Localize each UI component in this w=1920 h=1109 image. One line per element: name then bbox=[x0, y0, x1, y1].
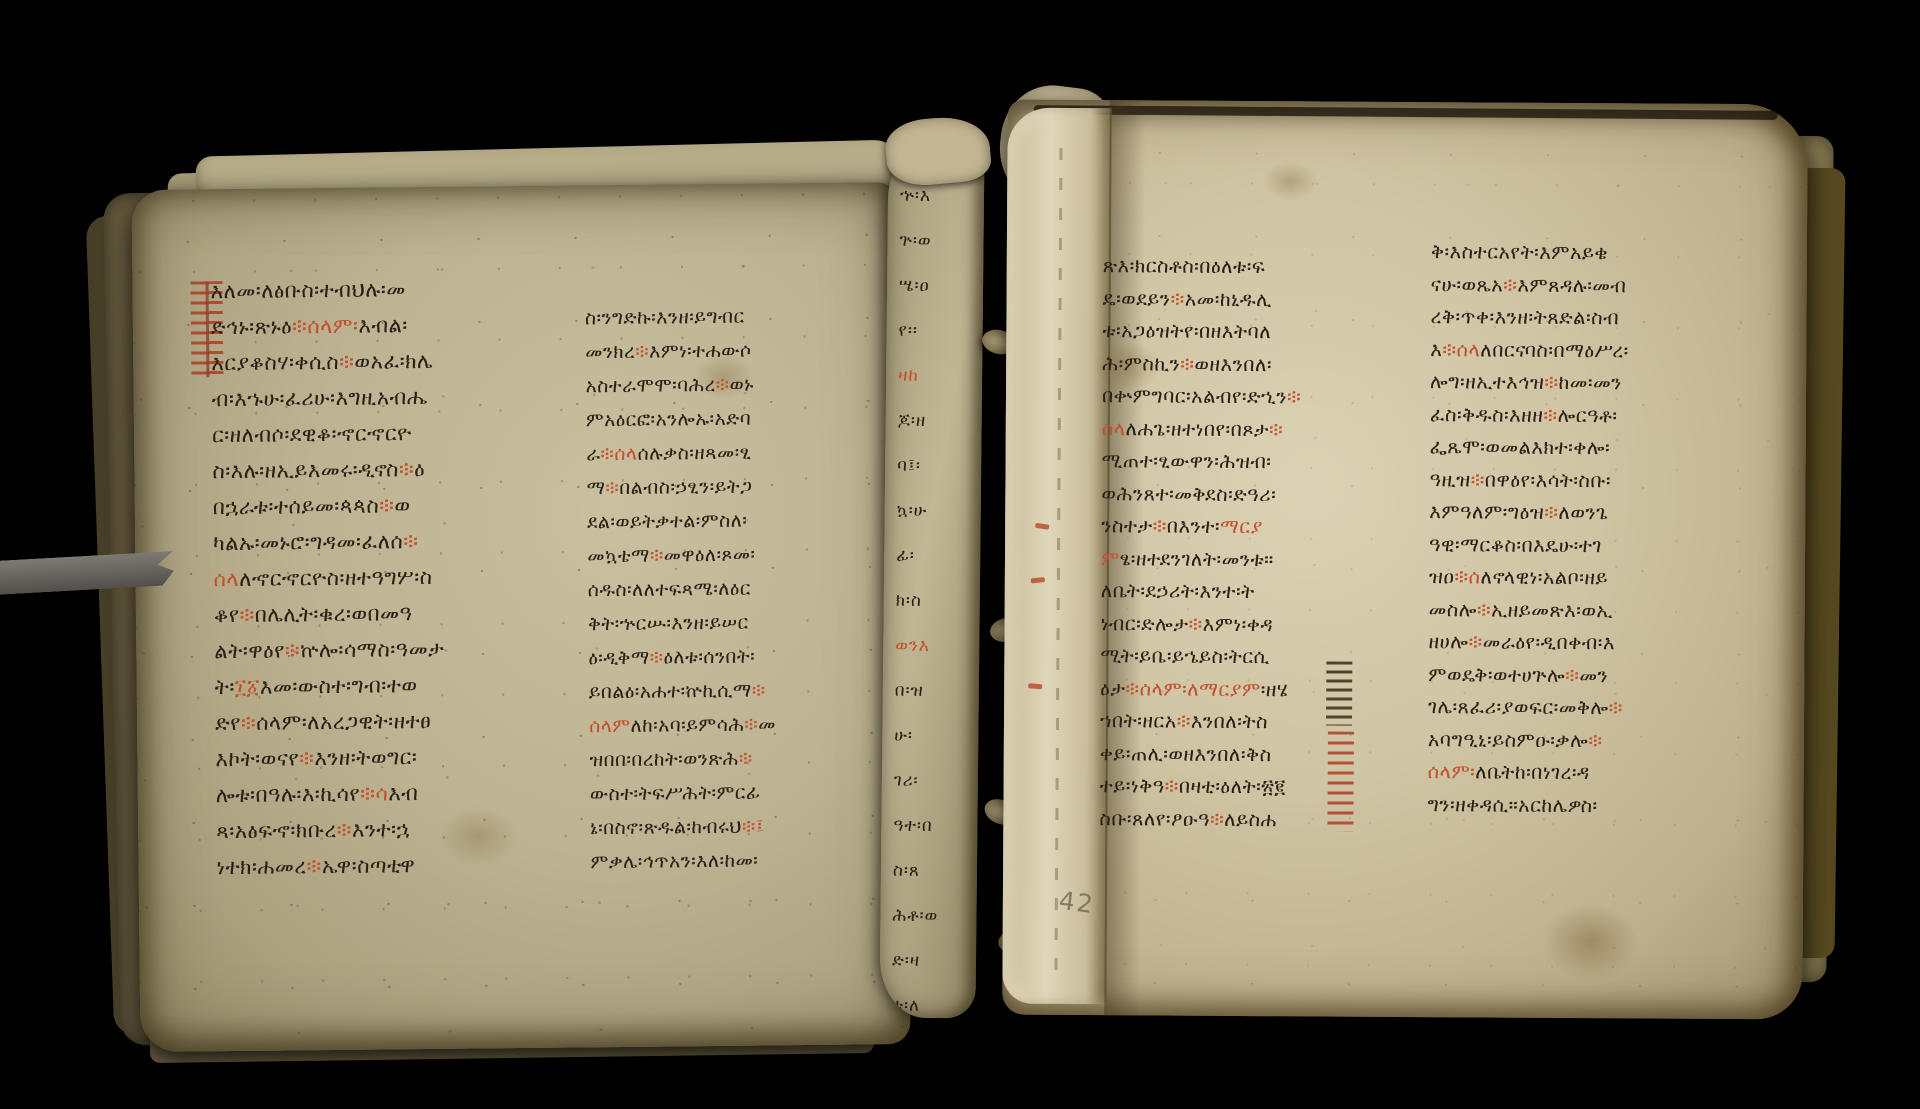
ink-text-segment: ጕ፡ወ bbox=[899, 231, 931, 251]
ink-text-segment: ዓዚዝ bbox=[1429, 468, 1470, 491]
ink-text-segment: ናሁ፡ወጼአ bbox=[1431, 273, 1504, 296]
right-page: ጽእ፡ክርስቶስ፡በዕለቱ፡ፍዴ፡ወደይን፨አመ፡ከኒዱሊቱ፡አጋዕዝትየ፡በዘ… bbox=[1002, 100, 1808, 1020]
ink-text-segment: ባ፤፡ bbox=[897, 456, 921, 476]
ink-text-segment: ይበልዕ፡አሐተ፡ኵኪሲማ bbox=[589, 680, 752, 704]
ink-text-segment: ፈስ፡ቅዱስ፡እዘዘ bbox=[1430, 403, 1544, 427]
text-line: ንስተታ፨በእንተ፡ማርያ bbox=[1101, 510, 1413, 544]
text-line: ሰላለሐጌ፡ዘተነበየ፡በጾታ፨ bbox=[1102, 413, 1414, 447]
ink-text-segment: ውስተ፡ትፍሥሕት፡ምርፊ bbox=[590, 782, 761, 806]
text-line: ት፡፲፩እመ፡ውስተ፡ግብ፡ተወ bbox=[215, 665, 589, 705]
ink-text-segment: በ፡ዝ bbox=[895, 681, 924, 701]
ink-text-segment: ዕታ bbox=[1100, 677, 1125, 700]
ink-text-segment: ሕቶ፡ወ bbox=[892, 906, 938, 926]
ink-text-segment: እንተ፡ኋ bbox=[352, 817, 410, 842]
text-line: ዛከ bbox=[898, 354, 978, 400]
ink-text-segment: በልብስ፡ኃፂን፡ይትጋ bbox=[619, 476, 752, 499]
ink-text-segment: ድኅኑ፡ጽኑዕ bbox=[211, 314, 292, 339]
ink-text-segment: እንበለ፡ትስ bbox=[1191, 710, 1268, 733]
ink-text-segment: ዘሀሎ bbox=[1428, 630, 1468, 653]
text-line: በቍምግባር፡አልብየ፡ድኂን፨ bbox=[1102, 380, 1414, 414]
ink-text-segment: ኤዋ፡ስጣቲዋ bbox=[322, 853, 416, 878]
text-line: ዓዊ፡ማርቆስ፡በእዴሁ፡ተገ bbox=[1429, 529, 1751, 563]
rubric-text-segment: ፨ bbox=[399, 457, 415, 481]
text-line: ሕ፡ምስኪን፨ወዘእንበለ፡ bbox=[1102, 348, 1414, 382]
text-line: ሰላም፡ለቤትከ፡በነገረ፡ዳ bbox=[1428, 756, 1750, 790]
text-line: ሎግ፡ዘኢተእኅዝ፨ከመ፡መን bbox=[1430, 366, 1752, 400]
rubric-text-segment: ፨ bbox=[752, 679, 766, 701]
text-line: ምቃሌ፡ኅጥአን፡እለ፡ከመ፡ bbox=[590, 842, 872, 879]
text-line: አስተራሞሞ፡ባሕረ፨ወኑ bbox=[585, 366, 867, 403]
rubric-text-segment: ፨ bbox=[285, 638, 301, 662]
ink-text-segment: ወአፈ፡ክሌ bbox=[354, 349, 433, 374]
ink-text-segment: ጻ፡አፅፍኆ፡ክቡረ bbox=[216, 818, 337, 843]
rubric-text-segment: ፨ bbox=[739, 748, 753, 770]
text-line: መኳቴማ፨መዋዕለ፡ጾመ፡ bbox=[587, 536, 869, 573]
ink-text-segment: አባግዒኒ፡ይስምዑ፡ቃሎ bbox=[1428, 728, 1589, 752]
ink-text-segment: ተይ፡ነቅዓ bbox=[1100, 774, 1165, 797]
binding-stitch-line bbox=[1054, 148, 1062, 978]
rubric-text-segment: ፨፤ bbox=[742, 815, 764, 837]
manuscript-photo-stage: እለመ፡ለፅቡስ፡ተብህሉ፡መድኅኑ፡ጽኑዕ፨ሰላም፡እብል፡እርያቆስሃ፡ቀሲ… bbox=[0, 0, 1920, 1109]
text-line: አባግዒኒ፡ይስምዑ፡ቃሎ፨ bbox=[1428, 724, 1750, 758]
ink-text-segment: በዋዕየ፡እሳት፡ስቡ፡ bbox=[1485, 468, 1611, 492]
text-line: ደል፡ወይትቃተል፡ምስለ፡ bbox=[587, 502, 869, 539]
rubric-text-segment: ፨ bbox=[1177, 710, 1191, 733]
text-line: ር፡ዘለብሶ፡ደዊቆ፡ኆርኆርዮ bbox=[212, 413, 586, 453]
rubric-text-segment: ፨ሰ bbox=[1454, 565, 1480, 588]
rubric-text-segment: ፨ bbox=[1468, 630, 1482, 653]
ink-text-segment: ቅ፡እስተርአየት፡እምአይቄ bbox=[1431, 240, 1608, 264]
text-line: ድ፡ዛ bbox=[892, 939, 972, 985]
text-line: ሤ፡ዐ bbox=[899, 264, 979, 310]
ink-text-segment: ዝዐ bbox=[1429, 565, 1455, 588]
rubric-text-segment: ሰላም bbox=[589, 715, 631, 737]
text-line: በ፡ዝ bbox=[895, 669, 975, 715]
ink-text-segment: ከመ፡መን bbox=[1559, 371, 1622, 394]
text-line: ድየ፨ሰላም፡ለአረጋዊት፡ዘተፀ bbox=[215, 701, 589, 741]
ink-text-segment: ሤ፡ዐ bbox=[899, 276, 930, 296]
ink-text-segment: ስቡ፡ጸለየ፡ፆዑዓ bbox=[1099, 807, 1210, 831]
text-line: ገሪ፡ bbox=[894, 759, 974, 805]
rubric-text-segment: ፨ bbox=[1565, 663, 1579, 686]
ink-text-segment: ቱ፡ለ bbox=[891, 996, 920, 1016]
text-line: ወሕንጸተ፡መቅደስ፡ድዓሪ፡ bbox=[1101, 478, 1413, 512]
ink-text-segment: ኀበት፡ዘርአ bbox=[1100, 709, 1177, 732]
ink-text-segment: ዕ bbox=[414, 457, 425, 481]
text-line: እለመ፡ለፅቡስ፡ተብህሉ፡መ bbox=[210, 269, 584, 309]
parchment-stain bbox=[1262, 161, 1318, 201]
rubric-text-segment: ፨ bbox=[339, 350, 355, 374]
right-page-column-2: ቅ፡እስተርአየት፡እምአይቄናሁ፡ወጼአ፨እምጸዳሉ፡መብረቅ፡ጥቀ፡እንዘ፡… bbox=[1427, 236, 1753, 823]
ink-text-segment: ረቅ፡ጥቀ፡እንዘ፡ትጸድል፡ስብ bbox=[1430, 305, 1619, 329]
text-line: ልት፡ዋዕየ፨ኵሎ፡ሳማስ፡ዓመታ bbox=[214, 629, 588, 669]
rubric-text-segment: ፨ bbox=[1165, 775, 1179, 798]
rubric-text-segment: ወንእ bbox=[895, 636, 930, 656]
text-line: መንክረ፨እምነ፡ተሐውሶ bbox=[585, 332, 867, 369]
ink-text-segment: ሰላም፡ለአረጋዊት፡ዘተፀ bbox=[256, 709, 431, 735]
ink-text-segment: ለቤት፡ደኃሪት፡እንተ፡ት bbox=[1101, 579, 1255, 603]
ink-text-segment: እብል፡ bbox=[358, 313, 408, 338]
rubric-text-segment: ፨ bbox=[1180, 352, 1194, 375]
rubric-text-segment: ፨ bbox=[1477, 598, 1491, 621]
torn-parchment-flap bbox=[883, 114, 992, 189]
text-line: ናሁ፡ወጼአ፨እምጸዳሉ፡መብ bbox=[1431, 269, 1753, 303]
ink-text-segment: ፌጼሞ፡ወመልእክተ፡ቀሎ፡ bbox=[1430, 435, 1611, 459]
text-line: ገሌ፡ጸፈሪ፡ያወፍር፡መቅሎ፨ bbox=[1428, 691, 1750, 725]
ink-text-segment: ዴ፡ወደይን bbox=[1103, 287, 1171, 310]
ink-text-segment: ወሕንጸተ፡መቅደስ፡ድዓሪ፡ bbox=[1101, 482, 1276, 506]
text-line: ለቤት፡ደኃሪት፡እንተ፡ት bbox=[1101, 575, 1413, 609]
rubric-text-segment: ፨ bbox=[1287, 385, 1301, 408]
rubric-text-segment: ፨ bbox=[403, 529, 419, 553]
rubric-text-segment: ዛከ bbox=[898, 366, 919, 386]
ink-text-segment: እምዓለም፡ግዕዝ bbox=[1429, 500, 1544, 524]
ink-text-segment: ልት፡ዋዕየ bbox=[214, 638, 285, 663]
ink-text-segment: ካልኡ፡መኑሮ፡ግዳመ፡ፈለሰ bbox=[213, 529, 403, 555]
rubric-text-segment: ፨ሰላ bbox=[1442, 338, 1480, 361]
text-line: እርያቆስሃ፡ቀሲስ፨ወአፈ፡ክሌ bbox=[211, 341, 585, 381]
ink-text-segment: ራ bbox=[586, 443, 600, 465]
rubric-text-segment: ፨ bbox=[379, 493, 395, 517]
ink-text-segment: ምወዴቅ፡ወተሀጕሎ bbox=[1428, 663, 1565, 687]
rubric-text-segment: ማርያ bbox=[1220, 515, 1263, 538]
ink-text-segment: ጽእ፡ክርስቶስ፡በዕለቱ፡ፍ bbox=[1103, 254, 1266, 278]
ink-text-segment: ቅት፡ኍርሡ፡እንዘ፡ይሠር bbox=[588, 612, 749, 636]
text-line: ፊ፡ bbox=[896, 534, 976, 580]
ink-text-segment: ሎቱ፡በዓሉ፡እ፡ኪሳየ bbox=[216, 782, 361, 808]
ink-text-segment: ነተክ፡ሐመረ bbox=[216, 854, 306, 879]
text-line: ምወዴቅ፡ወተሀጕሎ፨መን bbox=[1428, 659, 1750, 693]
ink-text-segment: ስ፡ጸ bbox=[893, 861, 920, 881]
ink-text-segment: እለመ፡ለፅቡስ፡ተብህሉ፡መ bbox=[210, 277, 405, 303]
text-line: ቱ፡አጋዕዝትየ፡በዘእትባለ bbox=[1102, 315, 1414, 349]
text-line: ድኅኑ፡ጽኑዕ፨ሰላም፡እብል፡ bbox=[211, 305, 585, 345]
text-line: ምፄ፡ዘተደንገለት፡መንቱ። bbox=[1101, 543, 1413, 577]
rubric-text-segment: ም bbox=[1101, 547, 1120, 570]
text-line: ዓዚዝ፨በዋዕየ፡እሳት፡ስቡ፡ bbox=[1429, 464, 1751, 498]
ink-text-segment: ወዘእንበለ፡ bbox=[1194, 352, 1272, 375]
rubric-text-segment: ፨ bbox=[1171, 287, 1185, 310]
rubric-text-segment: ፨ bbox=[605, 477, 619, 499]
text-line: ባ፤፡ bbox=[897, 444, 977, 490]
text-line: ረቅ፡ጥቀ፡እንዘ፡ትጸድል፡ስብ bbox=[1430, 301, 1752, 335]
rubric-text-segment: ፨ bbox=[1471, 468, 1485, 491]
ink-text-segment: በኋራቱ፡ተሰይመ፡ጳጳስ bbox=[213, 493, 380, 519]
text-line: ዝዐ፨ሰለኖላዊነ፡አልቦ፡ዘይ bbox=[1429, 561, 1751, 595]
text-line: ስ፡ጸ bbox=[893, 849, 973, 895]
ink-text-segment: በዛቲ፡ዕለት፡፳፪ bbox=[1179, 775, 1286, 799]
text-line: የ፡፡ bbox=[898, 309, 978, 355]
text-line: ሁ፡ bbox=[894, 714, 974, 760]
text-line: ሚት፡ይቤ፡ይኄይስ፡ትርሲ bbox=[1100, 640, 1412, 674]
text-line: ዴ፡ወደይን፨አመ፡ከኒዱሊ bbox=[1102, 283, 1414, 317]
ink-text-segment: መንክረ bbox=[585, 341, 635, 364]
ink-text-segment: በእንተ፡ bbox=[1167, 515, 1220, 538]
ink-text-segment: በቍምግባር፡አልብየ፡ድኂን bbox=[1102, 384, 1287, 408]
text-line: ስ፡እሉ፡ዘኢይእመሩ፡ዲኖስ፨ዕ bbox=[212, 449, 586, 489]
ink-text-segment: ለይስሐ bbox=[1224, 807, 1277, 830]
text-line: ሎቱ፡በዓሉ፡እ፡ኪሳየ፨ሳእብ bbox=[216, 773, 590, 813]
text-line: ሕቶ፡ወ bbox=[892, 894, 972, 940]
text-line: ፌጼሞ፡ወመልእክተ፡ቀሎ፡ bbox=[1430, 431, 1752, 465]
text-line: ነብር፡ድሎታ፨እምነ፡ቀዳ bbox=[1101, 608, 1413, 642]
rubric-text-segment: ፨ bbox=[239, 603, 255, 627]
ink-text-segment: ፄ፡ዘተደንገለት፡መንቱ። bbox=[1120, 547, 1274, 571]
right-page-column-1: ጽእ፡ክርስቶስ፡በዕለቱ፡ፍዴ፡ወደይን፨አመ፡ከኒዱሊቱ፡አጋዕዝትየ፡በዘ… bbox=[1099, 250, 1415, 837]
ink-text-segment: ለከ፡አባ፡ይምሳሕ bbox=[630, 714, 744, 737]
ink-text-segment: መራዕየ፡ዲበቀብ፡እ bbox=[1483, 630, 1615, 654]
rubric-text-segment: ሰላም፡ bbox=[1428, 760, 1476, 783]
ink-text-segment: የ፡፡ bbox=[898, 321, 918, 341]
text-line: በኋራቱ፡ተሰይመ፡ጳጳስ፨ወ bbox=[213, 485, 587, 525]
ink-text-segment: ዓዊ፡ማርቆስ፡በእዴሁ፡ተገ bbox=[1429, 533, 1602, 557]
text-line: ሚጠተ፡ፂውዋን፡ሕዝብ፡ bbox=[1101, 445, 1413, 479]
rubric-text-segment: ፨ሰላም፡ለማርያም bbox=[1125, 677, 1260, 701]
text-line: ዕ፡ዲቅማ፨ዕለቱ፡ሰንበት፡ bbox=[588, 638, 870, 675]
ink-text-segment: ምቃሌ፡ኅጥአን፡እለ፡ከመ፡ bbox=[590, 850, 758, 874]
ink-text-segment: ቆየ bbox=[214, 603, 240, 627]
ink-text-segment: ሎግ፡ዘኢተእኅዝ bbox=[1430, 370, 1544, 394]
ink-text-segment: ሎርዓቶ፡ bbox=[1558, 403, 1618, 426]
text-line: ውስተ፡ትፍሥሕት፡ምርፊ bbox=[590, 774, 872, 811]
ink-text-segment: እመ፡ውስተ፡ግብ፡ተወ bbox=[260, 673, 418, 699]
ink-text-segment: እ bbox=[1430, 338, 1442, 361]
ink-text-segment: ንስተታ bbox=[1101, 514, 1153, 537]
ink-text-segment: በሌሊት፡ቁረ፡ወበመዓ bbox=[255, 601, 413, 627]
text-line: እኮት፡ወናየ፨እንዘ፡ትወግር፡ bbox=[215, 737, 589, 777]
text-line: ሰላምለከ፡አባ፡ይምሳሕ፨መ bbox=[589, 706, 871, 743]
ink-text-segment: ወ bbox=[394, 493, 410, 517]
text-line: መስሎ፨ኢዘይመጽእ፡ወኢ bbox=[1429, 594, 1751, 628]
cut-leaf-stub: ኍ፡እጕ፡ወሤ፡ዐየ፡፡ዛከጆ፡ዘባ፤፡ኳ፡ሁፊ፡ክ፡ስወንእበ፡ዝሁ፡ገሪ፡ዓ… bbox=[879, 140, 984, 1019]
rubric-text-segment: ፨ bbox=[241, 711, 257, 735]
red-margin-mark-icon bbox=[1028, 683, 1042, 689]
text-line: ብ፡እኁሁ፡ፈሪሁ፡እግዚአብሔ bbox=[212, 377, 586, 417]
ink-text-segment: ሁ፡ bbox=[894, 726, 913, 746]
rubric-text-segment: ፨ bbox=[306, 854, 322, 878]
ink-text-segment: ለወንጌ bbox=[1558, 501, 1608, 524]
ink-text-segment: እምነ፡ቀዳ bbox=[1203, 612, 1274, 635]
rubric-text-segment: ፨ bbox=[650, 545, 664, 567]
ink-text-segment: ኵሎ፡ሳማስ፡ዓመታ bbox=[300, 637, 444, 663]
rubric-text-segment: ፨ bbox=[1544, 371, 1558, 394]
ink-text-segment: ገሪ፡ bbox=[894, 771, 919, 791]
rubric-text-segment: ፨ bbox=[1269, 418, 1283, 441]
gutter-curled-edge bbox=[1002, 108, 1111, 1005]
left-page-column-2: ስ፡ንግድኩ፡እንዘ፡ይግብርመንክረ፨እምነ፡ተሐውሶአስተራሞሞ፡ባሕረ፨ወ… bbox=[585, 298, 873, 879]
ink-text-segment: መኳቴማ bbox=[587, 545, 650, 568]
parchment-stain bbox=[1542, 903, 1638, 982]
ink-text-segment: ማ bbox=[587, 477, 606, 499]
text-line: ተይ፡ነቅዓ፨በዛቲ፡ዕለት፡፳፪ bbox=[1100, 770, 1412, 804]
text-line: ዕታ፨ሰላም፡ለማርያም፡ዘሄ bbox=[1100, 673, 1412, 707]
text-line: ቅት፡ኍርሡ፡እንዘ፡ይሠር bbox=[588, 604, 870, 641]
rubric-text-segment: ፨ bbox=[744, 714, 758, 736]
ink-text-segment: ደል፡ወይትቃተል፡ምስለ፡ bbox=[587, 510, 748, 534]
ink-text-segment: ለኖላዊነ፡አልቦ፡ዘይ bbox=[1480, 565, 1608, 589]
text-line: ይበልዕ፡አሐተ፡ኵኪሲማ፨ bbox=[589, 672, 871, 709]
ink-text-segment: ር፡ዘለብሶ፡ደዊቆ፡ኆርኆርዮ bbox=[212, 421, 412, 447]
rubric-text-segment: ፨ bbox=[1609, 696, 1623, 719]
ink-text-segment: መን bbox=[1579, 664, 1608, 687]
stub-text-fragments: ኍ፡እጕ፡ወሤ፡ዐየ፡፡ዛከጆ፡ዘባ፤፡ኳ፡ሁፊ፡ክ፡ስወንእበ፡ዝሁ፡ገሪ፡ዓ… bbox=[891, 174, 980, 1019]
text-line: ኳ፡ሁ bbox=[896, 489, 976, 535]
text-line: ግን፡ዘቀዳሲ።አርከሌዎስ፡ bbox=[1427, 789, 1749, 823]
ink-text-segment: ስ፡ንግድኩ፡እንዘ፡ይግብር bbox=[585, 306, 745, 330]
ink-text-segment: እርያቆስሃ፡ቀሲስ bbox=[211, 350, 339, 375]
ink-text-segment: ኔ፡በስኖ፡ጽዱል፡ከብሩህ bbox=[590, 816, 742, 840]
ink-text-segment: እብ bbox=[388, 781, 418, 805]
rubric-text-segment: ፨ bbox=[1153, 514, 1167, 537]
ink-text-segment: አስተራሞሞ፡ባሕረ bbox=[585, 374, 715, 397]
text-line: ቅ፡እስተርአየት፡እምአይቄ bbox=[1431, 236, 1753, 270]
ink-text-segment: ቀይ፡ጠሊ፡ወዘእንበለ፡ቅስ bbox=[1100, 742, 1272, 766]
text-line: ጆ፡ዘ bbox=[897, 399, 977, 445]
text-line: ኀበት፡ዘርአ፨እንበለ፡ትስ bbox=[1100, 705, 1412, 739]
ink-text-segment: እንዘ፡ትወግር፡ bbox=[314, 745, 417, 770]
ink-text-segment: ቱ፡አጋዕዝትየ፡በዘእትባለ bbox=[1102, 319, 1271, 343]
text-line: ቀይ፡ጠሊ፡ወዘእንበለ፡ቅስ bbox=[1100, 738, 1412, 772]
text-line: ዓተ፡በ bbox=[893, 804, 973, 850]
ink-text-segment: ት፡ bbox=[215, 675, 235, 699]
rubric-text-segment: ፨ bbox=[1544, 501, 1558, 524]
text-line: ማ፨በልብስ፡ኃፂን፡ይትጋ bbox=[586, 468, 868, 505]
rubric-text-segment: ፨ bbox=[1210, 807, 1224, 830]
ink-text-segment: ለበርናባስ፡በማዕሥረ፡ bbox=[1480, 338, 1629, 362]
ink-text-segment: ዓተ፡በ bbox=[893, 816, 932, 836]
rubric-text-segment: ፨ bbox=[635, 341, 649, 363]
text-line: ዘሀሎ፨መራዕየ፡ዲበቀብ፡እ bbox=[1428, 626, 1750, 660]
ladder-spine bbox=[205, 281, 209, 377]
ink-text-segment: ወኑ bbox=[729, 374, 754, 396]
ink-text-segment: ጆ፡ዘ bbox=[898, 411, 927, 431]
ink-text-segment: ዝበበ፡በረከት፡ወንጽሕ bbox=[589, 748, 739, 772]
rubric-text-segment: ሰላ bbox=[1102, 417, 1126, 440]
text-line: ነተክ፡ሐመረ፨ኤዋ፡ስጣቲዋ bbox=[216, 845, 590, 885]
ink-text-segment: እኮት፡ወናየ bbox=[215, 746, 299, 771]
ink-text-segment: ለቤትከ፡በነገረ፡ዳ bbox=[1475, 760, 1590, 784]
text-line: ጻ፡አፅፍኆ፡ክቡረ፨እንተ፡ኋ bbox=[216, 809, 590, 849]
text-line: እ፨ሰላለበርናባስ፡በማዕሥረ፡ bbox=[1430, 334, 1752, 368]
rubric-text-segment: ፨ bbox=[716, 374, 730, 396]
text-line: ጽእ፡ክርስቶስ፡በዕለቱ፡ፍ bbox=[1103, 250, 1415, 284]
ink-text-segment: ገሌ፡ጸፈሪ፡ያወፍር፡መቅሎ bbox=[1428, 695, 1609, 719]
rubric-text-segment: ሰላ bbox=[213, 567, 239, 591]
text-line: ቆየ፨በሌሊት፡ቁረ፡ወበመዓ bbox=[214, 593, 588, 633]
ink-text-segment: ሰሉቃስ፡ዘጻመ፡ፂ bbox=[637, 442, 751, 465]
ink-text-segment: ስ፡እሉ፡ዘኢይእመሩ፡ዲኖስ bbox=[212, 457, 399, 483]
ink-text-segment: ዕ፡ዲቅማ bbox=[588, 647, 649, 670]
rubric-text-segment: ፨ሳ bbox=[360, 781, 388, 805]
ink-text-segment: ለኆርኆርዮስ፡ዘተዓግሦ፡ስ bbox=[239, 565, 433, 591]
text-line: ዝበበ፡በረከት፡ወንጽሕ፨ bbox=[589, 740, 871, 777]
ink-text-segment: ክ፡ስ bbox=[896, 591, 922, 611]
text-line: ራ፨ሰላሰሉቃስ፡ዘጻመ፡ፂ bbox=[586, 434, 868, 471]
rubric-text-segment: ፨ bbox=[1188, 612, 1202, 635]
ink-text-segment: ብ፡እኁሁ፡ፈሪሁ፡እግዚአብሔ bbox=[212, 385, 428, 411]
text-line: እምዓለም፡ግዕዝ፨ለወንጌ bbox=[1429, 496, 1751, 530]
ink-text-segment: አመ፡ከኒዱሊ bbox=[1185, 287, 1272, 311]
rubric-text-segment: ፲፩ bbox=[235, 675, 260, 699]
ink-text-segment: ድ፡ዛ bbox=[892, 951, 920, 971]
rubric-text-segment: ፨ bbox=[337, 818, 353, 842]
text-line: ወንእ bbox=[895, 624, 975, 670]
left-page: እለመ፡ለፅቡስ፡ተብህሉ፡መድኅኑ፡ጽኑዕ፨ሰላም፡እብል፡እርያቆስሃ፡ቀሲ… bbox=[132, 182, 911, 1052]
ink-text-segment: ሚት፡ይቤ፡ይኄይስ፡ትርሲ bbox=[1100, 644, 1269, 668]
ink-text-segment: ዕለቱ፡ሰንበት፡ bbox=[663, 646, 755, 669]
left-page-column-1: እለመ፡ለፅቡስ፡ተብህሉ፡መድኅኑ፡ጽኑዕ፨ሰላም፡እብል፡እርያቆስሃ፡ቀሲ… bbox=[210, 269, 590, 885]
rubric-text-segment: ፨ bbox=[1543, 403, 1557, 426]
folio-number-pencil: 42 bbox=[1057, 886, 1096, 919]
text-line: ኔ፡በስኖ፡ጽዱል፡ከብሩህ፨፤ bbox=[590, 808, 872, 845]
rubric-text-segment: ፨ bbox=[1588, 729, 1602, 752]
ink-text-segment: ኍ፡እ bbox=[900, 186, 931, 206]
text-line: ሰላለኆርኆርዮስ፡ዘተዓግሦ፡ስ bbox=[213, 557, 587, 597]
ink-text-segment: ሕ፡ምስኪን bbox=[1102, 352, 1180, 375]
rubric-text-segment: ፨ሰላ bbox=[600, 443, 637, 465]
text-line: ጕ፡ወ bbox=[899, 219, 979, 265]
ink-text-segment: ሚጠተ፡ፂውዋን፡ሕዝብ፡ bbox=[1102, 449, 1272, 473]
ink-text-segment: ኢዘይመጽእ፡ወኢ bbox=[1491, 598, 1613, 622]
ink-text-segment: ግን፡ዘቀዳሲ።አርከሌዎስ፡ bbox=[1427, 793, 1597, 817]
text-line: ሰዱስ፡ለለተፍጻሜ፡ለዕር bbox=[588, 570, 870, 607]
text-line: ካልኡ፡መኑሮ፡ግዳመ፡ፈለሰ፨ bbox=[213, 521, 587, 561]
text-line: ቱ፡ለ bbox=[891, 984, 971, 1019]
ink-text-segment: መዋዕለ፡ጾመ፡ bbox=[664, 544, 756, 567]
ink-text-segment: ፡ዘሄ bbox=[1261, 678, 1288, 701]
ink-text-segment: ኳ፡ሁ bbox=[897, 501, 928, 521]
text-line: ምአዕርፎ፡አንሎኡ፡አድባ bbox=[586, 400, 868, 437]
ink-text-segment: ፊ፡ bbox=[896, 546, 915, 566]
ink-text-segment: እምጸዳሉ፡መብ bbox=[1517, 273, 1626, 297]
ink-text-segment: መ bbox=[758, 713, 776, 735]
ink-text-segment: መስሎ bbox=[1429, 598, 1477, 621]
rubric-text-segment: ፨ bbox=[299, 746, 315, 770]
text-line: ክ፡ስ bbox=[896, 579, 976, 625]
text-line: ስቡ፡ጸለየ፡ፆዑዓ፨ለይስሐ bbox=[1099, 803, 1411, 837]
text-line: ፈስ፡ቅዱስ፡እዘዘ፨ሎርዓቶ፡ bbox=[1430, 399, 1752, 433]
ink-text-segment: ነብር፡ድሎታ bbox=[1101, 612, 1189, 636]
rubric-text-segment: ፨ሰላም፡ bbox=[292, 314, 359, 339]
ink-text-segment: ድየ bbox=[215, 711, 241, 735]
rubric-text-segment: ፨ bbox=[1503, 273, 1517, 296]
text-line: ስ፡ንግድኩ፡እንዘ፡ይግብር bbox=[585, 298, 867, 335]
ink-text-segment: ሰዱስ፡ለለተፍጻሜ፡ለዕር bbox=[588, 578, 751, 602]
ink-text-segment: እምነ፡ተሐውሶ bbox=[649, 340, 752, 363]
ink-text-segment: ለሐጌ፡ዘተነበየ፡በጾታ bbox=[1126, 417, 1270, 441]
rubric-text-segment: ፨ bbox=[650, 647, 664, 669]
ink-text-segment: ምአዕርፎ፡አንሎኡ፡አድባ bbox=[586, 408, 752, 432]
